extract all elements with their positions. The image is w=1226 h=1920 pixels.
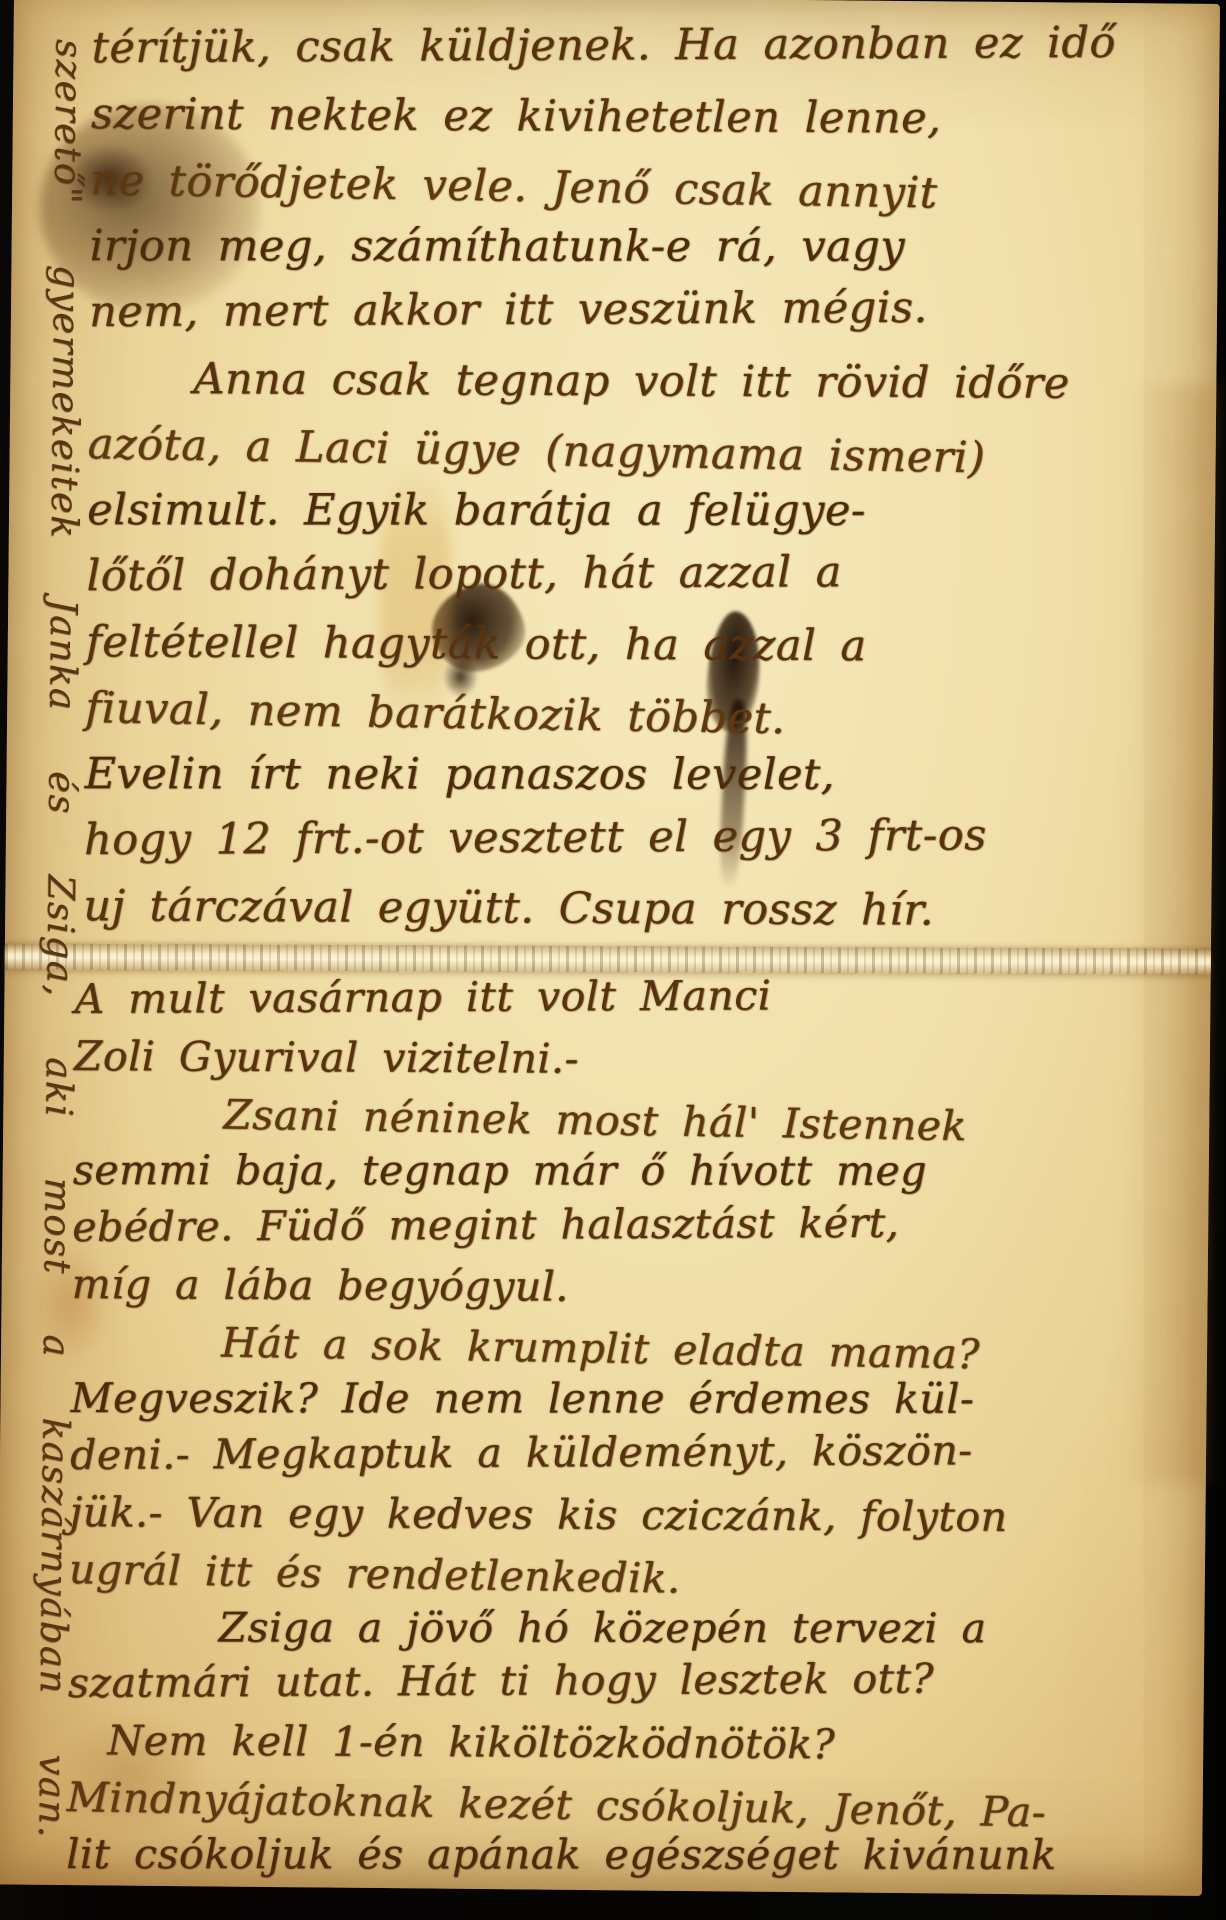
handwritten-line: nem, mert akkor itt veszünk mégis.	[89, 274, 1114, 345]
handwritten-line: irjon meg, számíthatunk-e rá, vagy	[90, 213, 1114, 280]
right-edge-browning	[1116, 383, 1217, 1484]
handwritten-line: ebédre. Füdő megint halasztást kért,	[72, 1194, 1062, 1256]
handwritten-line: hogy 12 frt.-ot vesztett el egy 3 frt-os	[84, 802, 1109, 873]
handwritten-line: uj tárczával együtt. Csupa rossz hír.	[83, 873, 1108, 944]
handwritten-line: A mult vasárnap itt volt Manci	[74, 966, 1064, 1028]
letter-text-upper: térítjük, csak küldjenek. Ha azonban ez …	[83, 15, 1116, 949]
handwritten-line: feltétellel hagyták ott, ha azzal a	[86, 609, 1111, 680]
handwritten-line: lit csókoljuk és apának egészséget kiván…	[66, 1826, 1056, 1884]
handwritten-line: Evelin írt neki panaszos levelet,	[85, 741, 1109, 808]
handwritten-line: elsimult. Egyik barátja a felügye-	[87, 477, 1111, 544]
handwritten-line: Zoli Gyurival vizitelni.-	[74, 1028, 1064, 1090]
handwritten-line: térítjük, csak küldjenek. Ha azonban ez …	[91, 10, 1116, 81]
handwritten-line: Anna csak tegnap volt itt rövid időre	[193, 346, 1113, 417]
handwritten-line: szerint nektek ez kivihetetlen lenne,	[91, 81, 1116, 152]
scanner-background: térítjük, csak küldjenek. Ha azonban ez …	[0, 0, 1226, 1920]
handwritten-line: jük.- Van egy kedves kis cziczánk, folyt…	[69, 1484, 1059, 1546]
handwritten-line: Nem kell 1-én kiköltözködnötök?	[107, 1712, 1057, 1774]
letter-page: térítjük, csak küldjenek. Ha azonban ez …	[0, 0, 1220, 1896]
handwritten-line: szatmári utat. Hát ti hogy lesztek ott?	[68, 1650, 1058, 1712]
handwritten-line: Megveszik? Ide nem lenne érdemes kül-	[71, 1370, 1061, 1428]
handwritten-line: deni.- Megkaptuk a küldeményt, köszön-	[70, 1422, 1060, 1484]
handwritten-line: semmi baja, tegnap már ő hívott meg	[73, 1142, 1063, 1200]
handwritten-line: Zsiga a jövő hó közepén tervezi a	[218, 1599, 1058, 1657]
handwritten-line: míg a lába begyógyul.	[72, 1256, 1062, 1318]
handwritten-line: lőtől dohányt lopott, hát azzal a	[86, 538, 1111, 609]
letter-text-lower: A mult vasárnap itt volt Manci Zoli Gyur…	[66, 971, 1065, 1892]
